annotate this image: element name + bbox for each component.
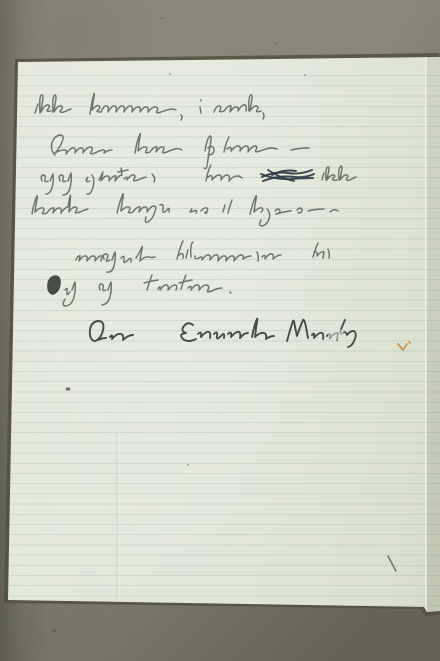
handwriting-line-4 — [32, 194, 338, 226]
handwriting-line-2 — [51, 134, 309, 169]
handwriting-layer — [0, 0, 440, 661]
paper-dot — [169, 73, 171, 75]
handwriting-line-1 — [35, 94, 264, 120]
paper-dot — [187, 464, 189, 466]
handwriting-line-3 — [41, 165, 356, 195]
photograph — [0, 0, 440, 661]
signature — [90, 319, 356, 347]
ink-smudge — [328, 328, 344, 340]
dark-speck — [66, 387, 71, 390]
paper-dot — [304, 74, 306, 76]
pencil-scratch — [388, 556, 396, 571]
handwriting-line-6 — [48, 275, 231, 306]
letter-paper — [0, 0, 440, 661]
strikethrough-scribble — [261, 170, 314, 181]
handwriting-line-5 — [76, 241, 329, 272]
orange-check-stain — [398, 342, 410, 350]
